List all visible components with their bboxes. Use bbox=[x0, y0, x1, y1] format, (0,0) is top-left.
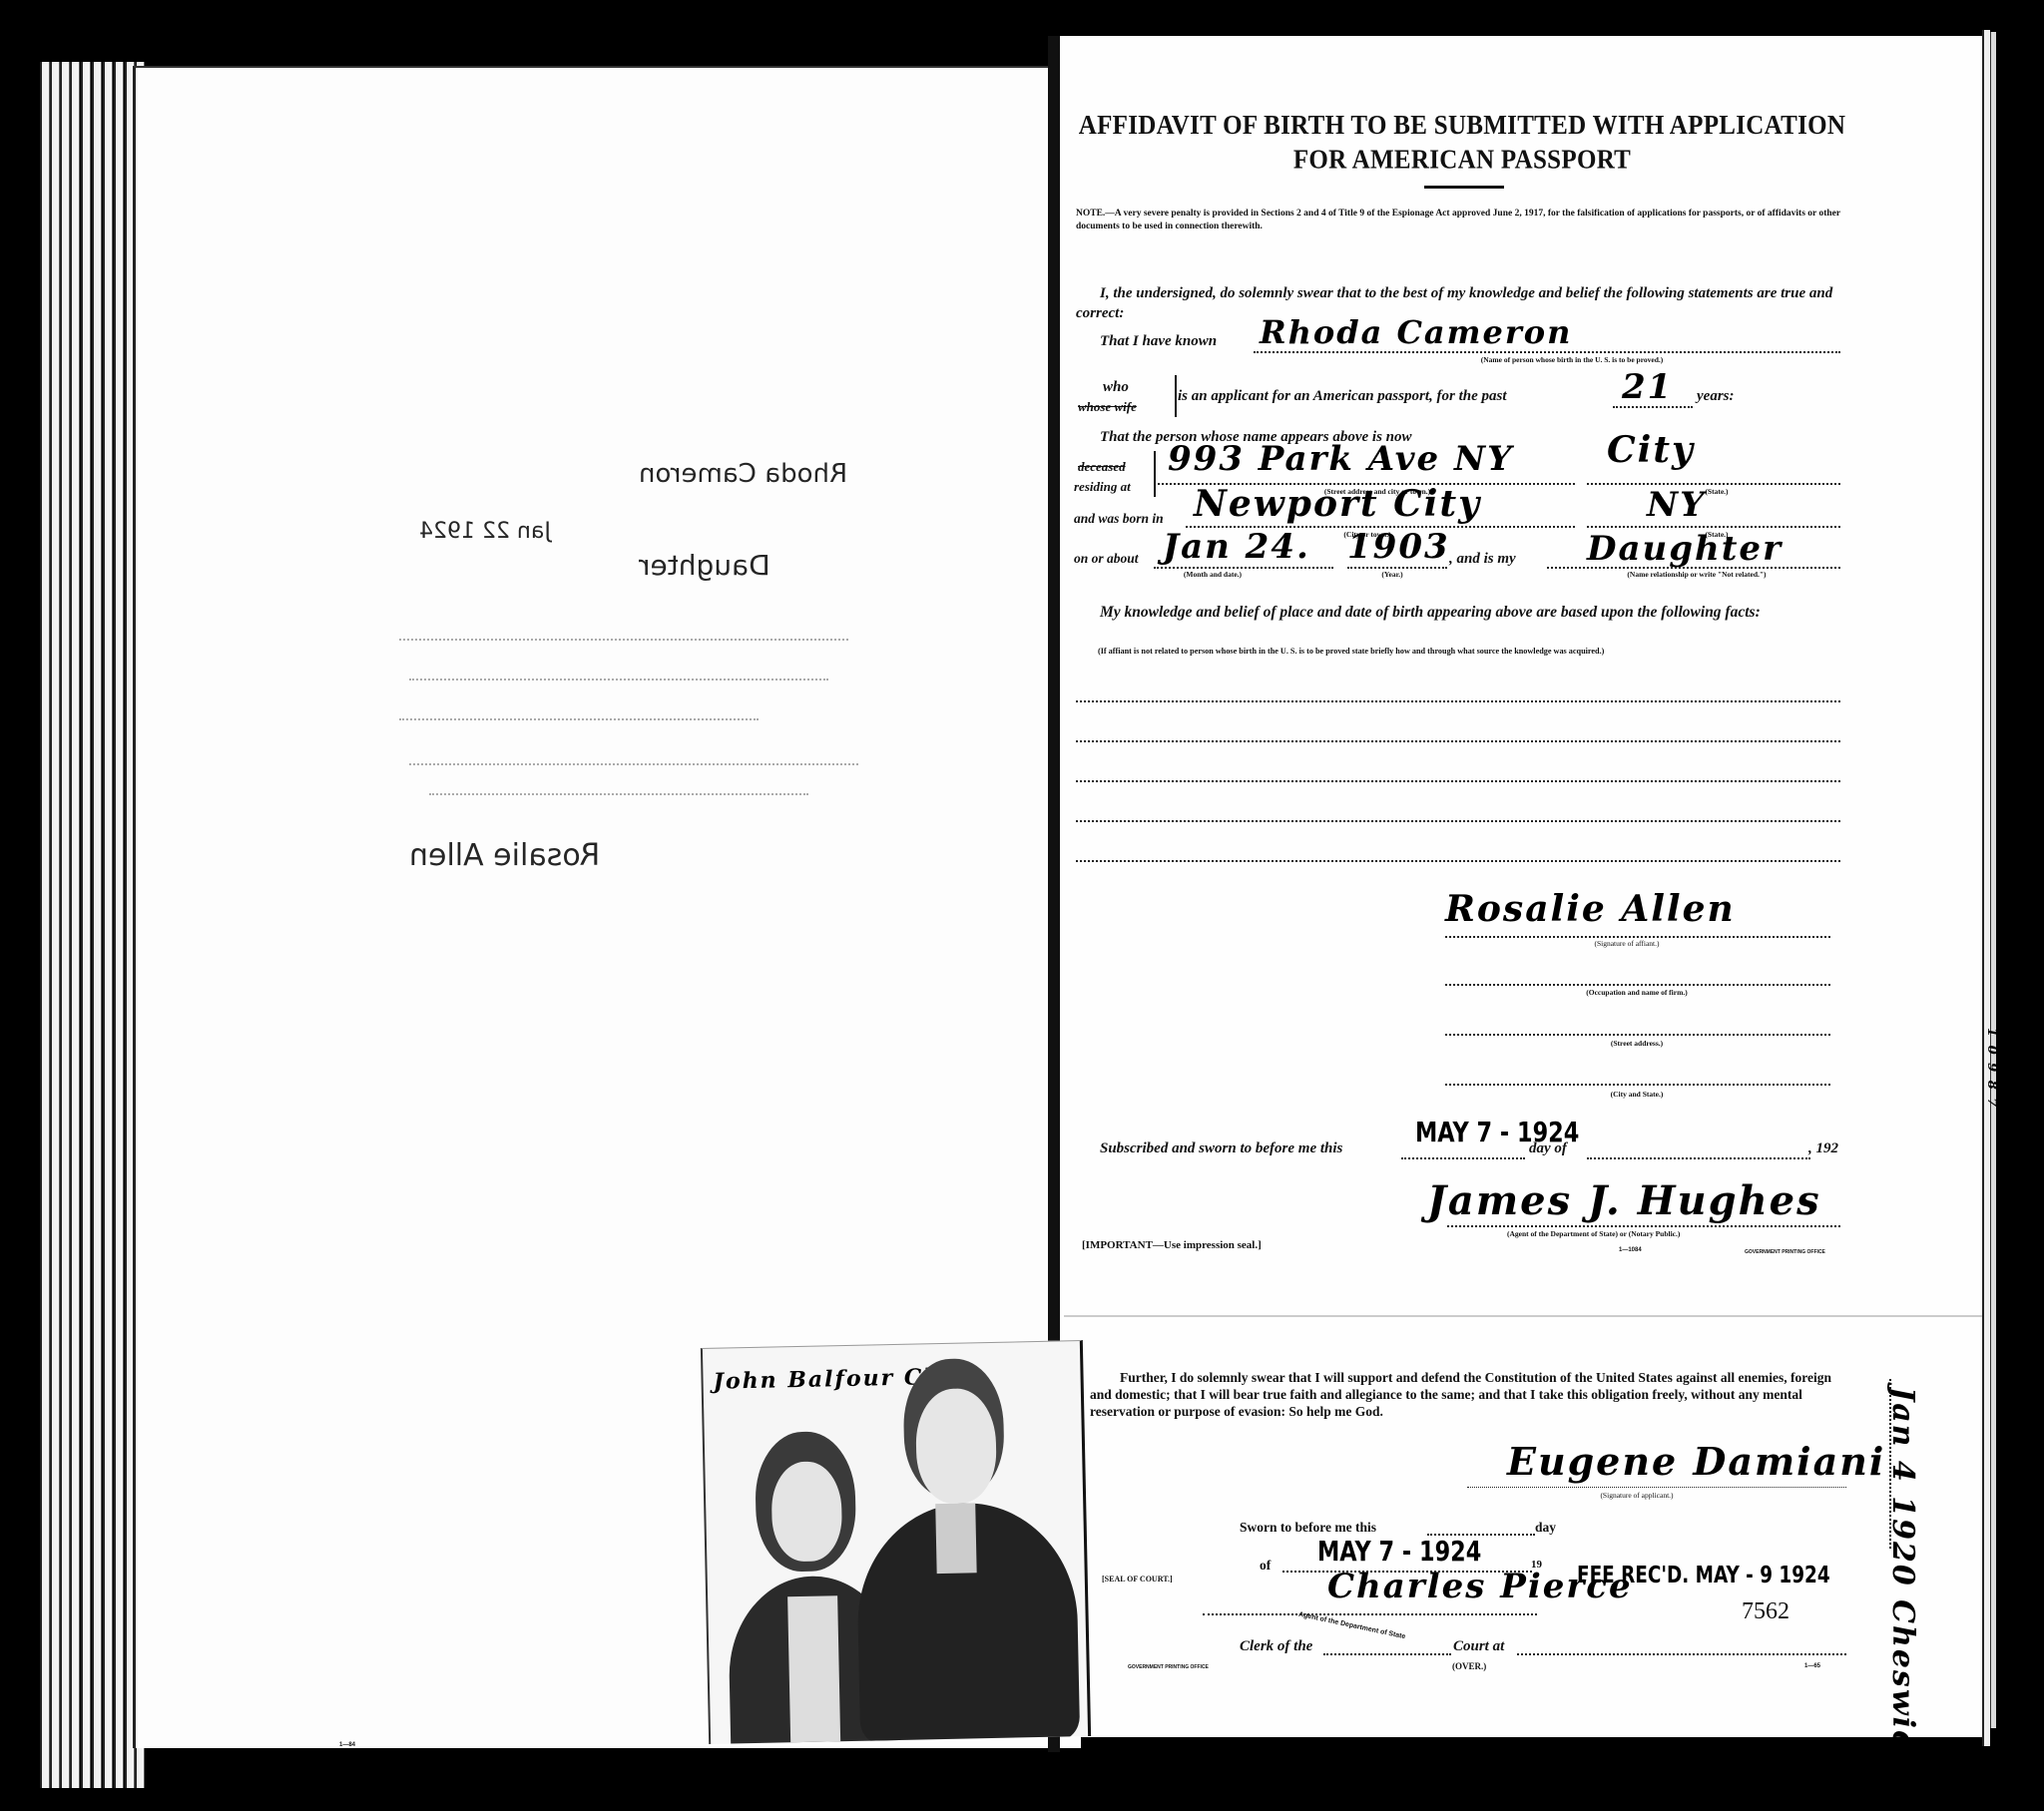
city-state-caption: (City and State.) bbox=[1577, 1090, 1697, 1099]
relation-caption: (Name relationship or write "Not related… bbox=[1577, 570, 1816, 579]
title-line-2: FOR AMERICAN PASSPORT bbox=[1068, 143, 1856, 177]
man-shirt bbox=[935, 1503, 976, 1574]
born-city-value[interactable]: Newport City bbox=[1194, 483, 1481, 525]
day-of-label: day of bbox=[1529, 1140, 1567, 1157]
month-caption: (Month and date.) bbox=[1153, 570, 1273, 579]
whose-wife-label: whose wife bbox=[1078, 399, 1137, 415]
man-face bbox=[915, 1388, 997, 1505]
bleed-dots bbox=[429, 793, 808, 795]
subscribed-text: Subscribed and sworn to before me this bbox=[1100, 1140, 1342, 1157]
court-location-line bbox=[1517, 1653, 1846, 1655]
over-label: (OVER.) bbox=[1452, 1661, 1486, 1671]
known-name-caption: (Name of person whose birth in the U. S.… bbox=[1442, 355, 1702, 364]
on-about-label: on or about bbox=[1074, 551, 1139, 567]
street-address-caption: (Street address.) bbox=[1577, 1039, 1697, 1048]
woman-blouse bbox=[787, 1595, 840, 1744]
bleed-dots bbox=[399, 718, 759, 720]
oath-form-code: 1—65 bbox=[1804, 1663, 1820, 1669]
brace bbox=[1171, 375, 1177, 417]
subscribed-day-line bbox=[1401, 1157, 1525, 1159]
years-value[interactable]: 21 bbox=[1622, 367, 1673, 407]
occupation-caption: (Occupation and name of firm.) bbox=[1537, 988, 1737, 997]
oath-date-stamp: MAY 7 - 1924 bbox=[1317, 1535, 1481, 1568]
affidavit-title: AFFIDAVIT OF BIRTH TO BE SUBMITTED WITH … bbox=[1068, 109, 1856, 177]
right-page-edge-inner bbox=[1990, 32, 1996, 1728]
known-name-value[interactable]: Rhoda Cameron bbox=[1260, 313, 1572, 351]
bleed-through-name: Rhoda Cameron bbox=[639, 459, 847, 489]
agent-caption: (Agent of the Department of State) or (N… bbox=[1507, 1229, 1806, 1238]
applicant-signature[interactable]: Eugene Damiani bbox=[1507, 1439, 1885, 1484]
bleed-through-relation: Daughter bbox=[639, 549, 770, 582]
years-label: years: bbox=[1697, 388, 1735, 405]
who-label: who bbox=[1103, 379, 1129, 396]
oath-text: Further, I do solemnly swear that I will… bbox=[1090, 1369, 1850, 1420]
bleed-dots bbox=[409, 763, 858, 765]
knowledge-text: My knowledge and belief of place and dat… bbox=[1076, 603, 1844, 622]
residence-state-line bbox=[1587, 483, 1840, 485]
known-name-line bbox=[1254, 351, 1840, 353]
year-prefix: , 192 bbox=[1808, 1140, 1838, 1157]
year-caption: (Year.) bbox=[1362, 570, 1422, 579]
printing-office-1: GOVERNMENT PRINTING OFFICE bbox=[1745, 1249, 1825, 1255]
title-rule bbox=[1424, 186, 1504, 189]
birth-date-value[interactable]: Jan 24. bbox=[1163, 527, 1310, 567]
knowledge-caption: (If affiant is not related to person who… bbox=[1098, 647, 1840, 656]
woman-face bbox=[770, 1461, 842, 1562]
street-address-line[interactable] bbox=[1445, 1034, 1830, 1036]
affiant-signature[interactable]: Rosalie Allen bbox=[1445, 888, 1736, 930]
clerk-label: Clerk of the bbox=[1240, 1638, 1312, 1655]
court-label: Court at bbox=[1453, 1638, 1504, 1655]
affiant-caption: (Signature of affiant.) bbox=[1557, 939, 1697, 948]
agent-form-code: 1—1084 bbox=[1619, 1247, 1642, 1253]
birth-year-line bbox=[1347, 567, 1447, 569]
subscribed-month-line bbox=[1587, 1157, 1810, 1159]
deceased-label: deceased bbox=[1078, 459, 1126, 475]
printing-office-2: GOVERNMENT PRINTING OFFICE bbox=[1128, 1664, 1209, 1670]
residing-label: residing at bbox=[1074, 479, 1131, 495]
city-state-line[interactable] bbox=[1445, 1084, 1830, 1086]
important-seal-note: [IMPORTANT—Use impression seal.] bbox=[1082, 1239, 1262, 1251]
bleed-through-signature: Rosalie Allen bbox=[409, 838, 600, 873]
seal-of-court-label: [SEAL OF COURT.] bbox=[1102, 1575, 1173, 1584]
bleed-through-date: Jan 22 1924 bbox=[419, 519, 551, 544]
occupation-line[interactable] bbox=[1445, 984, 1830, 986]
record-number: 7562 bbox=[1742, 1598, 1789, 1625]
bleed-dots bbox=[409, 679, 828, 680]
relation-label: , and is my bbox=[1449, 551, 1516, 568]
facts-line-5[interactable] bbox=[1076, 860, 1840, 862]
title-line-1: AFFIDAVIT OF BIRTH TO BE SUBMITTED WITH … bbox=[1068, 109, 1856, 143]
agent-signature[interactable]: James J. Hughes bbox=[1427, 1177, 1821, 1224]
brace bbox=[1150, 451, 1156, 497]
right-page-edge bbox=[1982, 30, 1990, 1746]
clerk-signature-line bbox=[1203, 1613, 1537, 1615]
born-label: and was born in bbox=[1074, 511, 1164, 527]
day-label: day bbox=[1535, 1519, 1556, 1536]
bleed-dots bbox=[399, 639, 848, 641]
residence-state-value[interactable]: City bbox=[1607, 429, 1695, 471]
applicant-caption: (Signature of applicant.) bbox=[1577, 1491, 1697, 1500]
left-form-number: 1—84 bbox=[339, 1742, 355, 1748]
born-state-line bbox=[1587, 526, 1840, 528]
court-name-line bbox=[1323, 1653, 1451, 1655]
affiant-signature-line bbox=[1445, 936, 1830, 938]
clerk-signature[interactable]: Charles Pierce bbox=[1327, 1567, 1633, 1606]
known-label: That I have known bbox=[1100, 333, 1217, 350]
applicant-text: is an applicant for an American passport… bbox=[1178, 388, 1507, 405]
facts-line-3[interactable] bbox=[1076, 780, 1840, 782]
margin-dotted-line bbox=[1889, 1379, 1893, 1549]
edge-marks: 1 0 9 8 7 bbox=[1984, 1028, 1999, 1109]
of-label: of bbox=[1260, 1557, 1271, 1574]
slip-edge bbox=[1064, 1315, 1982, 1317]
espionage-note: NOTE.—A very severe penalty is provided … bbox=[1076, 208, 1844, 233]
sworn-label: Sworn to before me this bbox=[1240, 1519, 1376, 1536]
born-state-value[interactable]: NY bbox=[1647, 485, 1706, 525]
applicant-signature-line bbox=[1467, 1487, 1846, 1488]
facts-line-4[interactable] bbox=[1076, 820, 1840, 822]
agent-signature-line bbox=[1447, 1225, 1840, 1227]
birth-date-line bbox=[1154, 567, 1333, 569]
birth-year-value[interactable]: 1903 bbox=[1347, 527, 1450, 567]
passport-photo: John Balfour Clark bbox=[701, 1340, 1091, 1744]
facts-line-1[interactable] bbox=[1076, 700, 1840, 702]
relation-value[interactable]: Daughter bbox=[1587, 529, 1783, 569]
residence-value[interactable]: 993 Park Ave NY bbox=[1168, 439, 1513, 479]
facts-line-2[interactable] bbox=[1076, 740, 1840, 742]
